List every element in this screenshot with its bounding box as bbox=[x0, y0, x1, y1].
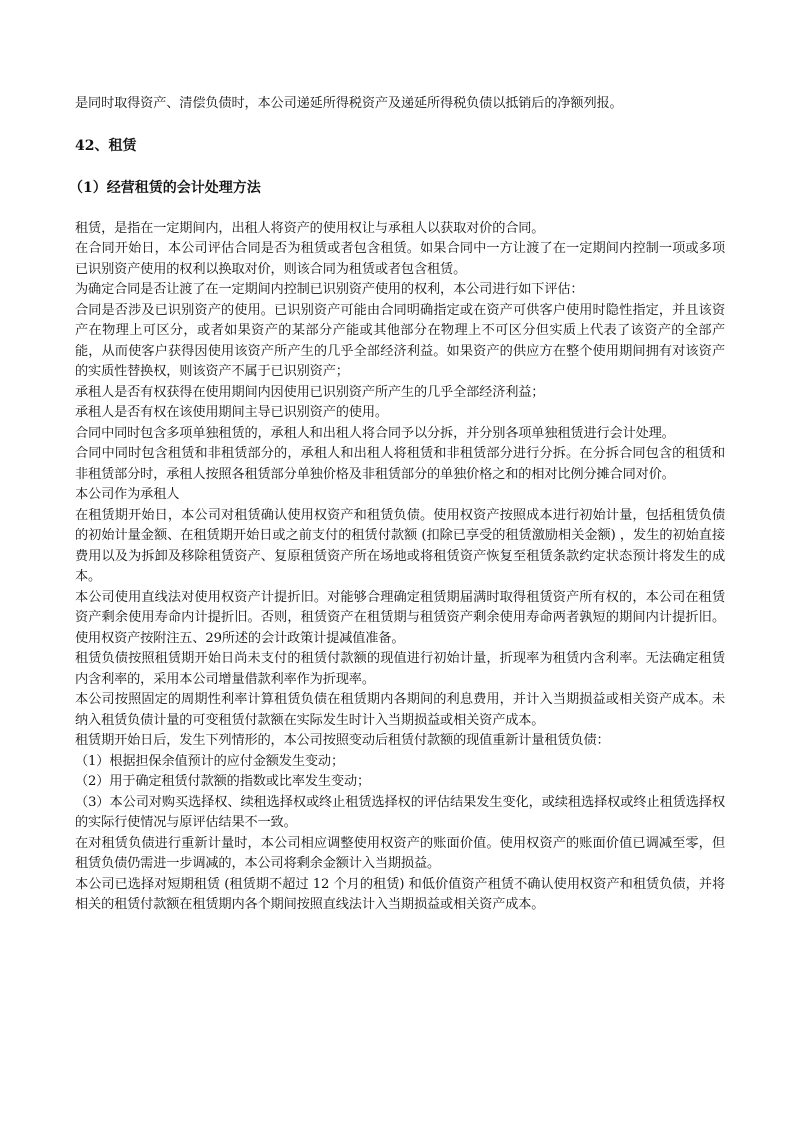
paragraph: 合同中同时包含多项单独租赁的，承租人和出租人将合同予以分拆，并分别各项单独租赁进… bbox=[75, 424, 725, 445]
document-page: 是同时取得资产、清偿负债时，本公司递延所得税资产及递延所得税负债以抵销后的净额列… bbox=[75, 94, 725, 916]
section-title: 42、租赁 bbox=[75, 135, 725, 157]
subsection-title: （1）经营租赁的会计处理方法 bbox=[69, 177, 725, 199]
lessee-heading: 本公司作为承租人 bbox=[75, 485, 725, 506]
list-item: （1）根据担保余值预计的应付金额发生变动； bbox=[75, 752, 725, 773]
paragraph: 承租人是否有权在该使用期间主导已识别资产的使用。 bbox=[75, 403, 725, 424]
list-item: （3）本公司对购买选择权、续租选择权或终止租赁选择权的评估结果发生变化，或续租选… bbox=[75, 793, 725, 834]
section-body: 租赁，是指在一定期间内，出租人将资产的使用权让与承租人以获取对价的合同。 在合同… bbox=[75, 219, 725, 916]
paragraph: 本公司使用直线法对使用权资产计提折旧。对能够合理确定租赁期届满时取得租赁资产所有… bbox=[75, 588, 725, 650]
paragraph: 合同是否涉及已识别资产的使用。已识别资产可能由合同明确指定或在资产可供客户使用时… bbox=[75, 301, 725, 383]
paragraph: 本公司按照固定的周期性利率计算租赁负债在租赁期内各期间的利息费用，并计入当期损益… bbox=[75, 690, 725, 731]
paragraph: 承租人是否有权获得在使用期间内因使用已识别资产所产生的几乎全部经济利益； bbox=[75, 383, 725, 404]
paragraph: 在对租赁负债进行重新计量时，本公司相应调整使用权资产的账面价值。使用权资产的账面… bbox=[75, 834, 725, 875]
lead-paragraph: 是同时取得资产、清偿负债时，本公司递延所得税资产及递延所得税负债以抵销后的净额列… bbox=[75, 94, 725, 115]
paragraph: 租赁负债按照租赁期开始日尚未支付的租赁付款额的现值进行初始计量，折现率为租赁内含… bbox=[75, 649, 725, 690]
paragraph: 本公司已选择对短期租赁 (租赁期不超过 12 个月的租赁) 和低价值资产租赁不确… bbox=[75, 875, 725, 916]
paragraph: 合同中同时包含租赁和非租赁部分的，承租人和出租人将租赁和非租赁部分进行分拆。在分… bbox=[75, 444, 725, 485]
paragraph: 在合同开始日，本公司评估合同是否为租赁或者包含租赁。如果合同中一方让渡了在一定期… bbox=[75, 239, 725, 280]
paragraph: 在租赁期开始日，本公司对租赁确认使用权资产和租赁负债。使用权资产按照成本进行初始… bbox=[75, 506, 725, 588]
list-item: （2）用于确定租赁付款额的指数或比率发生变动； bbox=[75, 772, 725, 793]
paragraph: 租赁，是指在一定期间内，出租人将资产的使用权让与承租人以获取对价的合同。 bbox=[75, 219, 725, 240]
paragraph: 租赁期开始日后，发生下列情形的，本公司按照变动后租赁付款额的现值重新计量租赁负债… bbox=[75, 731, 725, 752]
paragraph: 为确定合同是否让渡了在一定期间内控制已识别资产使用的权利，本公司进行如下评估： bbox=[75, 280, 725, 301]
